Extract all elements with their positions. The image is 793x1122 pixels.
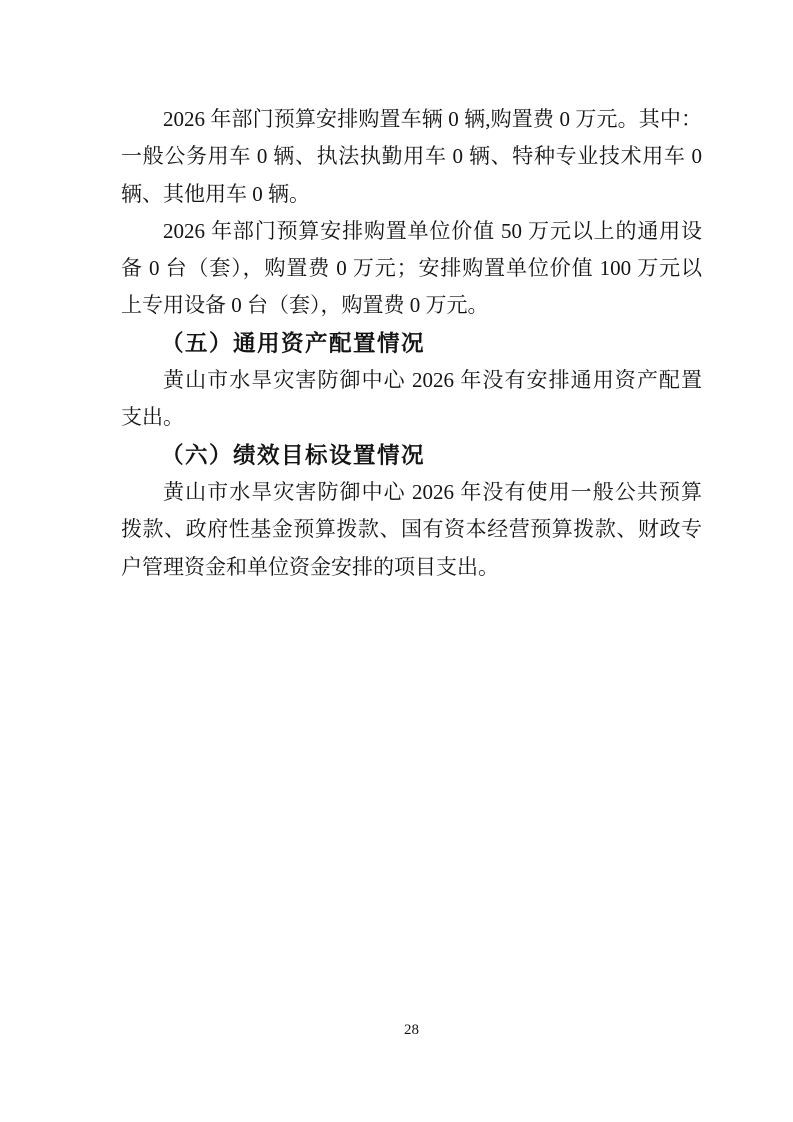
section-heading-general-assets: （五）通用资产配置情况 [121, 325, 702, 362]
paragraph-line: 一般公务用车 0 辆、执法执勤用车 0 辆、特种专业技术用车 0 [121, 138, 702, 175]
paragraph-line: 拨款、政府性基金预算拨款、国有资本经营预算拨款、财政专 [121, 511, 702, 548]
paragraph-line: 备 0 台（套），购置费 0 万元；安排购置单位价值 100 万元以 [121, 250, 702, 287]
paragraph-line: 黄山市水旱灾害防御中心 2026 年没有安排通用资产配置 [121, 362, 702, 399]
paragraph-line: 2026 年部门预算安排购置单位价值 50 万元以上的通用设 [121, 213, 702, 250]
paragraph-line: 户管理资金和单位资金安排的项目支出。 [121, 549, 702, 586]
document-content: 2026 年部门预算安排购置车辆 0 辆,购置费 0 万元。其中： 一般公务用车… [121, 101, 702, 586]
section-heading-performance-targets: （六）绩效目标设置情况 [121, 437, 702, 474]
paragraph-line: 上专用设备 0 台（套），购置费 0 万元。 [121, 287, 702, 324]
paragraph-line: 支出。 [121, 399, 702, 436]
paragraph-line: 黄山市水旱灾害防御中心 2026 年没有使用一般公共预算 [121, 474, 702, 511]
paragraph-line: 2026 年部门预算安排购置车辆 0 辆,购置费 0 万元。其中： [121, 101, 702, 138]
document-page: 2026 年部门预算安排购置车辆 0 辆,购置费 0 万元。其中： 一般公务用车… [0, 0, 793, 1122]
page-number: 28 [121, 1022, 702, 1039]
paragraph-line: 辆、其他用车 0 辆。 [121, 176, 702, 213]
